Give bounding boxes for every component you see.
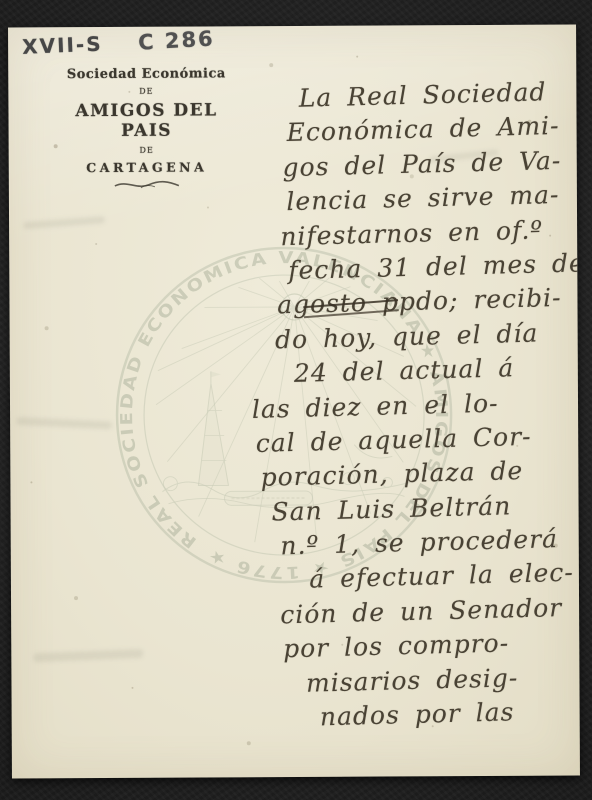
flourish-icon (49, 175, 245, 195)
paper-speckles (8, 27, 10, 29)
bleedthrough-smudge (16, 417, 112, 430)
bleedthrough-smudge (33, 649, 143, 662)
letter-body: La Real Sociedad Económica de Ami- gos d… (238, 74, 580, 736)
beacon-tower (198, 371, 229, 485)
letterhead-de-line-2: DE (49, 145, 245, 155)
document-paper: REAL SOCIEDAD ECONOMICA VALENCIANA ★ AMI… (8, 25, 580, 779)
archival-annotation-classification: XVII-S (22, 32, 103, 59)
archival-annotation-reference: C 286 (137, 26, 215, 54)
letterhead-de-line-1: DE (48, 86, 244, 96)
letterhead-society-line: Sociedad Económica (48, 66, 244, 82)
letterhead: Sociedad Económica DE AMIGOS DEL PAIS DE… (48, 66, 245, 195)
bleedthrough-smudge (23, 216, 105, 229)
letterhead-city-line: CARTAGENA (49, 159, 245, 175)
scan-background: REAL SOCIEDAD ECONOMICA VALENCIANA ★ AMI… (0, 0, 592, 800)
letter-line: nados por las (320, 693, 580, 735)
letterhead-name-line: AMIGOS DEL PAIS (48, 100, 244, 141)
